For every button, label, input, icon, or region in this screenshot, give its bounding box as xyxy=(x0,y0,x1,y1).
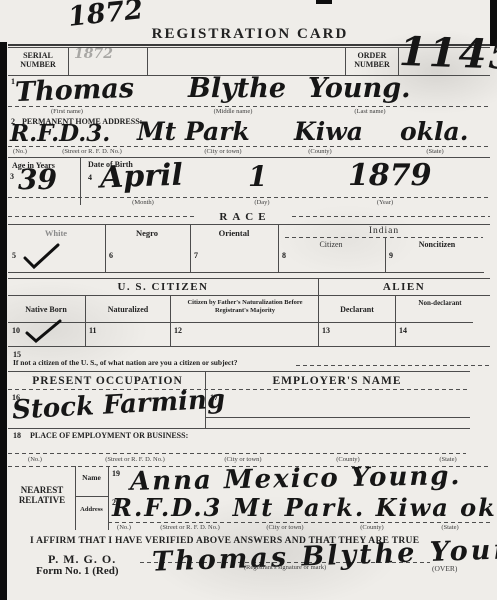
signature-caption: (Registrant's signature or mark) xyxy=(215,564,355,571)
rule-line xyxy=(108,522,490,523)
serial-number-faint: 1872 xyxy=(74,47,113,61)
race-box-number: 7 xyxy=(194,251,198,260)
place-of-employment-label: PLACE OF EMPLOYMENT OR BUSINESS: xyxy=(30,431,188,440)
occupation-value: Stock Farming xyxy=(11,386,225,423)
race-negro-label: Negro xyxy=(107,229,187,239)
divider xyxy=(8,278,490,279)
order-number-value: 1145 xyxy=(398,32,497,76)
field-number: 18 xyxy=(13,431,21,440)
dob-day-value: 1 xyxy=(248,163,267,191)
divider xyxy=(8,322,473,323)
divider xyxy=(385,237,386,272)
race-indian-label: Indian xyxy=(344,226,424,236)
rule-line xyxy=(8,389,470,390)
race-oriental-label: Oriental xyxy=(194,229,274,239)
field-number: 4 xyxy=(88,173,92,182)
occupation-title: PRESENT OCCUPATION xyxy=(25,375,190,388)
scan-mark-top xyxy=(316,0,332,4)
divider xyxy=(8,371,470,372)
divider xyxy=(8,346,490,347)
race-title: RACE xyxy=(180,211,310,224)
race-box-number: 5 xyxy=(12,251,16,260)
divider xyxy=(105,224,106,272)
declarant-label: Declarant xyxy=(317,305,397,314)
employer-title: EMPLOYER'S NAME xyxy=(247,375,427,388)
rule-line xyxy=(8,216,196,217)
alien-title: ALIEN xyxy=(344,281,464,294)
caption-street: (Street or R. F. D. No.) xyxy=(42,148,142,155)
address-county-value: Kiwa xyxy=(294,119,363,144)
divider xyxy=(8,428,470,429)
last-name-caption: (Last name) xyxy=(330,108,410,115)
divider xyxy=(85,295,86,346)
rule-line xyxy=(296,365,490,366)
relative-address-value: R.F.D.3 Mt Park. Kiwa okla. xyxy=(112,496,497,520)
rule-line xyxy=(8,453,466,454)
divider xyxy=(68,47,69,75)
relative-name-value: Anna Mexico Young. xyxy=(130,463,462,495)
serial-number-label: SERIAL NUMBER xyxy=(10,51,66,69)
divider xyxy=(8,272,484,273)
race-indian-noncitizen-label: Noncitizen xyxy=(397,240,477,249)
citizen-box-number: 14 xyxy=(399,326,407,335)
caption-street: (Street or R. F. D. No.) xyxy=(85,456,185,463)
race-box-number: 8 xyxy=(282,251,286,260)
relative-name-label: Name xyxy=(77,474,106,483)
dob-year-value: 1879 xyxy=(348,161,432,191)
divider xyxy=(345,47,346,75)
caption-no: (No.) xyxy=(104,524,144,531)
over-label: (OVER) xyxy=(432,564,457,573)
native-born-label: Native Born xyxy=(6,305,86,314)
scan-edge-left xyxy=(0,42,7,600)
address-state-value: okla. xyxy=(400,119,468,144)
caption-city: (City or town) xyxy=(200,456,286,463)
last-name-value: Young. xyxy=(308,75,410,102)
caption-state: (State) xyxy=(420,524,480,531)
address-rfd-value: R.F.D.3. xyxy=(10,122,110,145)
divider xyxy=(190,224,191,272)
first-name-caption: (First name) xyxy=(27,108,107,115)
citizen-box-number: 13 xyxy=(322,326,330,335)
caption-state: (State) xyxy=(402,148,468,155)
order-number-label: ORDER NUMBER xyxy=(347,51,397,69)
caption-street: (Street or R. F. D. No.) xyxy=(140,524,240,531)
checkmark-icon-native-born xyxy=(24,318,64,344)
caption-no: (No.) xyxy=(10,456,60,463)
divider xyxy=(205,417,470,418)
field-number: 3 xyxy=(10,172,14,181)
rule-line xyxy=(8,197,490,198)
age-value: 39 xyxy=(18,166,57,194)
caption-year: (Year) xyxy=(353,199,417,206)
race-white-label: White xyxy=(16,228,96,238)
rule-line xyxy=(8,106,490,107)
non-declarant-label: Non-declarant xyxy=(414,299,466,308)
checkmark-icon-white xyxy=(22,242,62,270)
divider xyxy=(108,466,109,530)
address-city-value: Mt Park xyxy=(137,119,250,144)
form-number-label: Form No. 1 (Red) xyxy=(36,565,118,578)
us-citizen-title: U. S. CITIZEN xyxy=(63,281,263,294)
nearest-relative-label: NEAREST RELATIVE xyxy=(11,485,73,506)
citizen-box-number: 11 xyxy=(89,326,97,335)
father-naturalization-label: Citizen by Father's Naturalization Befor… xyxy=(176,299,314,316)
citizen-box-number: 12 xyxy=(174,326,182,335)
caption-no: (No.) xyxy=(0,148,40,155)
citizen-box-number: 10 xyxy=(12,326,20,335)
divider xyxy=(170,295,171,346)
rule-line xyxy=(292,216,490,217)
race-indian-citizen-label: Citizen xyxy=(291,240,371,249)
citizen-question: If not a citizen of the U. S., of what n… xyxy=(13,359,238,368)
divider xyxy=(278,224,279,272)
rule-line xyxy=(8,146,490,147)
divider xyxy=(8,224,490,225)
caption-month: (Month) xyxy=(110,199,176,206)
divider xyxy=(395,295,396,346)
relative-address-label: Address xyxy=(76,506,107,513)
divider xyxy=(75,496,108,497)
divider xyxy=(8,295,490,296)
caption-city: (City or town) xyxy=(180,148,266,155)
divider xyxy=(75,466,76,530)
dob-month-value: April xyxy=(100,161,184,194)
race-box-number: 6 xyxy=(109,251,113,260)
race-box-number: 9 xyxy=(389,251,393,260)
rule-line xyxy=(285,237,483,238)
divider xyxy=(147,47,148,75)
caption-city: (City or town) xyxy=(242,524,328,531)
registration-card: 1872 REGISTRATION CARD SERIAL NUMBER 187… xyxy=(0,0,497,600)
naturalized-label: Naturalized xyxy=(88,305,168,314)
middle-name-value: Blythe xyxy=(188,75,286,102)
page-title: REGISTRATION CARD xyxy=(90,26,410,43)
middle-name-caption: (Middle name) xyxy=(193,108,273,115)
caption-day: (Day) xyxy=(230,199,294,206)
field-number: 19 xyxy=(112,469,120,478)
caption-county: (County) xyxy=(282,148,358,155)
first-name-value: Thomas xyxy=(15,75,135,106)
caption-county: (County) xyxy=(334,524,410,531)
